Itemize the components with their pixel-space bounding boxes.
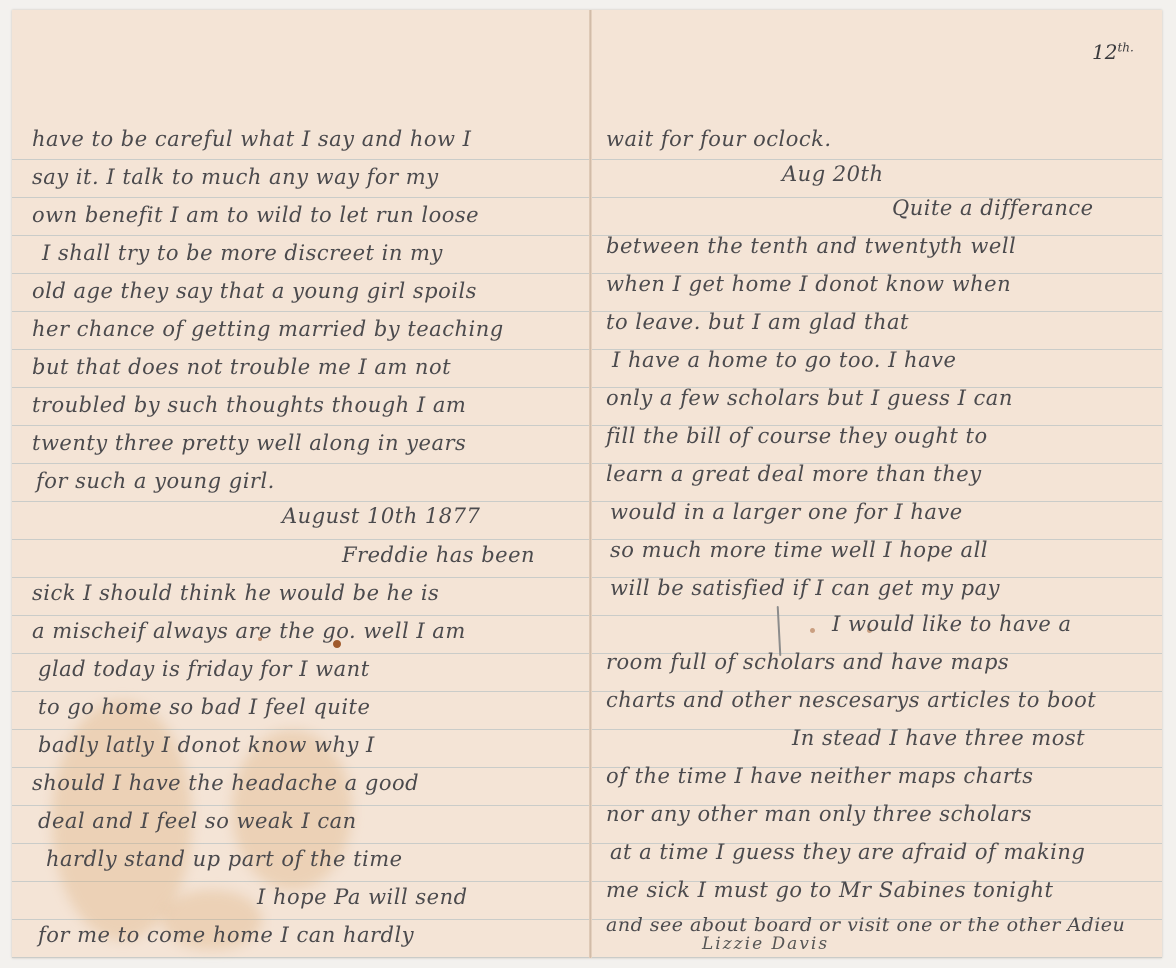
text-line: I have a home to go too. I have [612, 348, 956, 372]
text-line: Quite a differance [892, 196, 1094, 220]
text-line: twenty three pretty well along in years [32, 431, 466, 455]
text-line: room full of scholars and have maps [606, 650, 1009, 674]
text-line: In stead I have three most [792, 726, 1085, 750]
text-line: me sick I must go to Mr Sabines tonight [606, 878, 1053, 902]
text-line: troubled by such thoughts though I am [32, 393, 466, 417]
signature: Lizzie Davis [702, 934, 829, 954]
text-line: to go home so bad I feel quite [38, 695, 370, 719]
text-line: when I get home I donot know when [606, 272, 1011, 296]
text-line: a mischeif always are the go. well I am [32, 619, 466, 643]
page-number-value: 12 [1092, 40, 1117, 64]
text-line: I would like to have a [832, 612, 1072, 636]
text-line: between the tenth and twentyth well [606, 234, 1016, 258]
text-line: learn a great deal more than they [606, 462, 982, 486]
text-line: I shall try to be more discreet in my [42, 241, 443, 265]
entry-date: Aug 20th [782, 162, 884, 186]
page-number-suffix: th. [1117, 40, 1133, 54]
text-line: nor any other man only three scholars [606, 802, 1032, 826]
entry-date: August 10th 1877 [282, 504, 480, 528]
letter-sheet: have to be careful what I say and how I … [12, 10, 1162, 958]
text-line: and see about board or visit one or the … [606, 914, 1125, 936]
text-line: her chance of getting married by teachin… [32, 317, 504, 341]
text-line: sick I should think he would be he is [32, 581, 439, 605]
text-line: so much more time well I hope all [610, 538, 988, 562]
ink-spot [810, 628, 815, 633]
text-line: only a few scholars but I guess I can [606, 386, 1013, 410]
text-line: old age they say that a young girl spoil… [32, 279, 477, 303]
text-line: have to be careful what I say and how I [32, 127, 471, 151]
text-line: wait for four oclock. [606, 127, 832, 151]
right-page: 12th. wait for four oclock. Aug 20th Qui… [592, 10, 1162, 958]
text-line: for me to come home I can hardly [38, 923, 414, 947]
page-number: 12th. [1092, 40, 1134, 64]
text-line: Freddie has been [342, 543, 535, 567]
text-line: to leave. but I am glad that [606, 310, 909, 334]
text-line: say it. I talk to much any way for my [32, 165, 439, 189]
text-line: of the time I have neither maps charts [606, 764, 1033, 788]
text-line: will be satisfied if I can get my pay [610, 576, 1000, 600]
text-line: for such a young girl. [36, 469, 275, 493]
text-line: I hope Pa will send [257, 885, 468, 909]
text-line: glad today is friday for I want [38, 657, 370, 681]
text-line: charts and other nescesarys articles to … [606, 688, 1096, 712]
text-line: own benefit I am to wild to let run loos… [32, 203, 479, 227]
text-line: should I have the headache a good [32, 771, 419, 795]
text-line: badly latly I donot know why I [38, 733, 375, 757]
text-line: hardly stand up part of the time [46, 847, 403, 871]
text-line: deal and I feel so weak I can [38, 809, 357, 833]
text-line: at a time I guess they are afraid of mak… [610, 840, 1085, 864]
text-line: but that does not trouble me I am not [32, 355, 451, 379]
left-page: have to be careful what I say and how I … [12, 10, 590, 958]
text-line: would in a larger one for I have [610, 500, 963, 524]
pencil-mark [777, 606, 782, 656]
text-line: fill the bill of course they ought to [606, 424, 988, 448]
